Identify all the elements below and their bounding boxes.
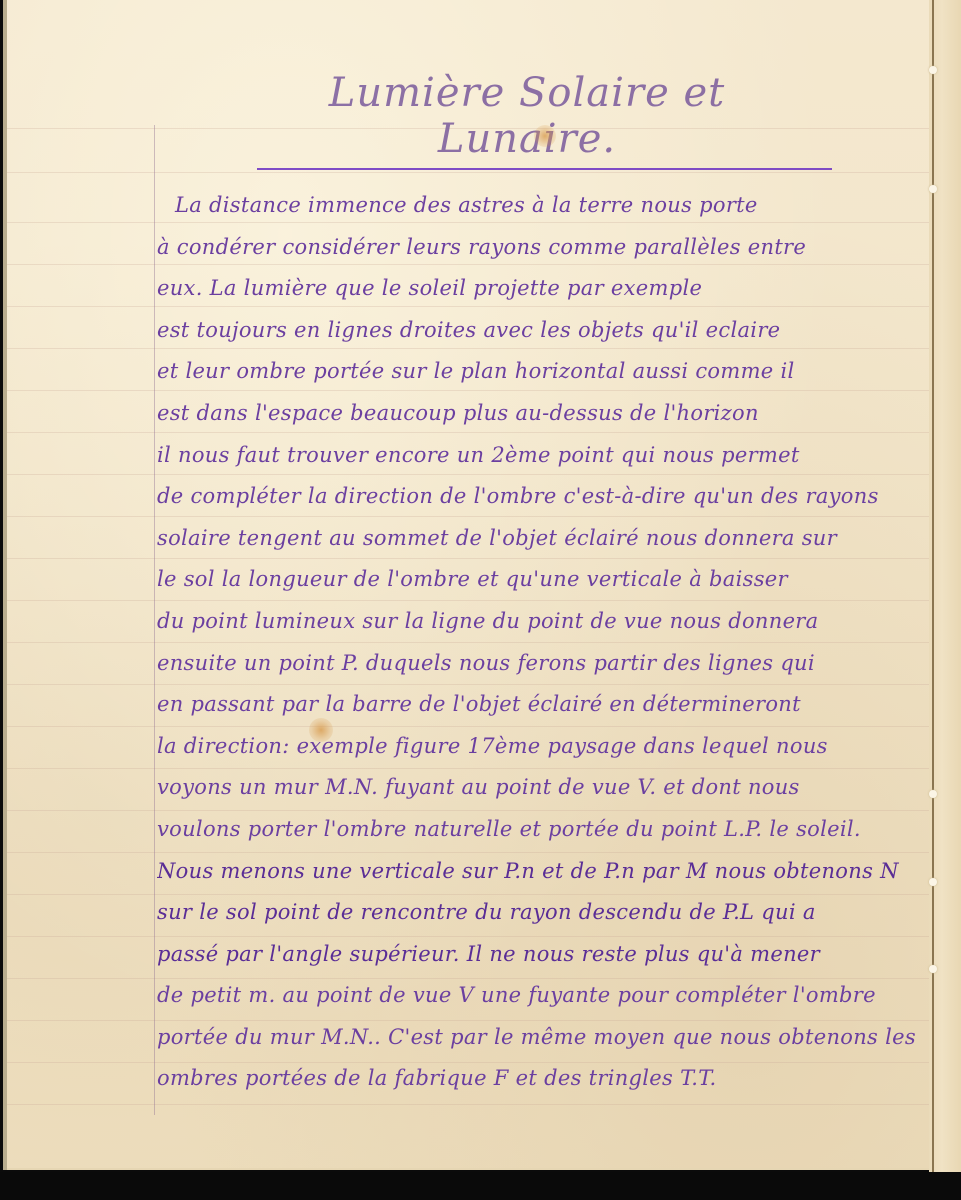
foxing-stain: [534, 125, 556, 147]
text-line: en passant par la barre de l'objet éclai…: [157, 684, 917, 726]
scan-background: [0, 1172, 961, 1200]
text-line: portée du mur M.N.. C'est par le même mo…: [157, 1017, 917, 1059]
text-line: sur le sol point de rencontre du rayon d…: [157, 892, 917, 934]
handwritten-body: La distance immence des astres à la terr…: [157, 185, 917, 1100]
text-line: de compléter la direction de l'ombre c'e…: [157, 476, 917, 518]
text-line: eux. La lumière que le soleil projette p…: [157, 268, 917, 310]
text-line: passé par l'angle supérieur. Il ne nous …: [157, 934, 917, 976]
text-line: ensuite un point P. duquels nous ferons …: [157, 643, 917, 685]
binding-stitch-hole: [929, 878, 937, 886]
text-line: ombres portées de la fabrique F et des t…: [157, 1058, 917, 1100]
binding-stitch-hole: [929, 965, 937, 973]
binding-gutter: [932, 0, 934, 1180]
title-underline: [257, 168, 832, 170]
text-line: de petit m. au point de vue V une fuyant…: [157, 975, 917, 1017]
text-line: à condérer considérer leurs rayons comme…: [157, 227, 917, 269]
scanned-manuscript: Lumière Solaire et Lunaire. La distance …: [0, 0, 961, 1200]
text-line: est toujours en lignes droites avec les …: [157, 310, 917, 352]
text-line: est dans l'espace beaucoup plus au-dessu…: [157, 393, 917, 435]
text-line: il nous faut trouver encore un 2ème poin…: [157, 435, 917, 477]
page-title: Lumière Solaire et Lunaire.: [237, 70, 817, 162]
text-line: et leur ombre portée sur le plan horizon…: [157, 351, 917, 393]
text-line: le sol la longueur de l'ombre et qu'une …: [157, 559, 917, 601]
text-line: la direction: exemple figure 17ème paysa…: [157, 726, 917, 768]
ruled-line: [7, 1104, 933, 1105]
text-line: La distance immence des astres à la terr…: [157, 185, 917, 227]
text-line: solaire tengent au sommet de l'objet écl…: [157, 518, 917, 560]
margin-line: [154, 125, 155, 1115]
text-line: voyons un mur M.N. fuyant au point de vu…: [157, 767, 917, 809]
text-line: voulons porter l'ombre naturelle et port…: [157, 809, 917, 851]
manuscript-page: Lumière Solaire et Lunaire. La distance …: [3, 0, 933, 1170]
text-line: Nous menons une verticale sur P.n et de …: [157, 851, 917, 893]
binding-stitch-hole: [929, 66, 937, 74]
ruled-line: [7, 172, 933, 173]
binding-stitch-hole: [929, 790, 937, 798]
binding-stitch-hole: [929, 185, 937, 193]
text-line: du point lumineux sur la ligne du point …: [157, 601, 917, 643]
